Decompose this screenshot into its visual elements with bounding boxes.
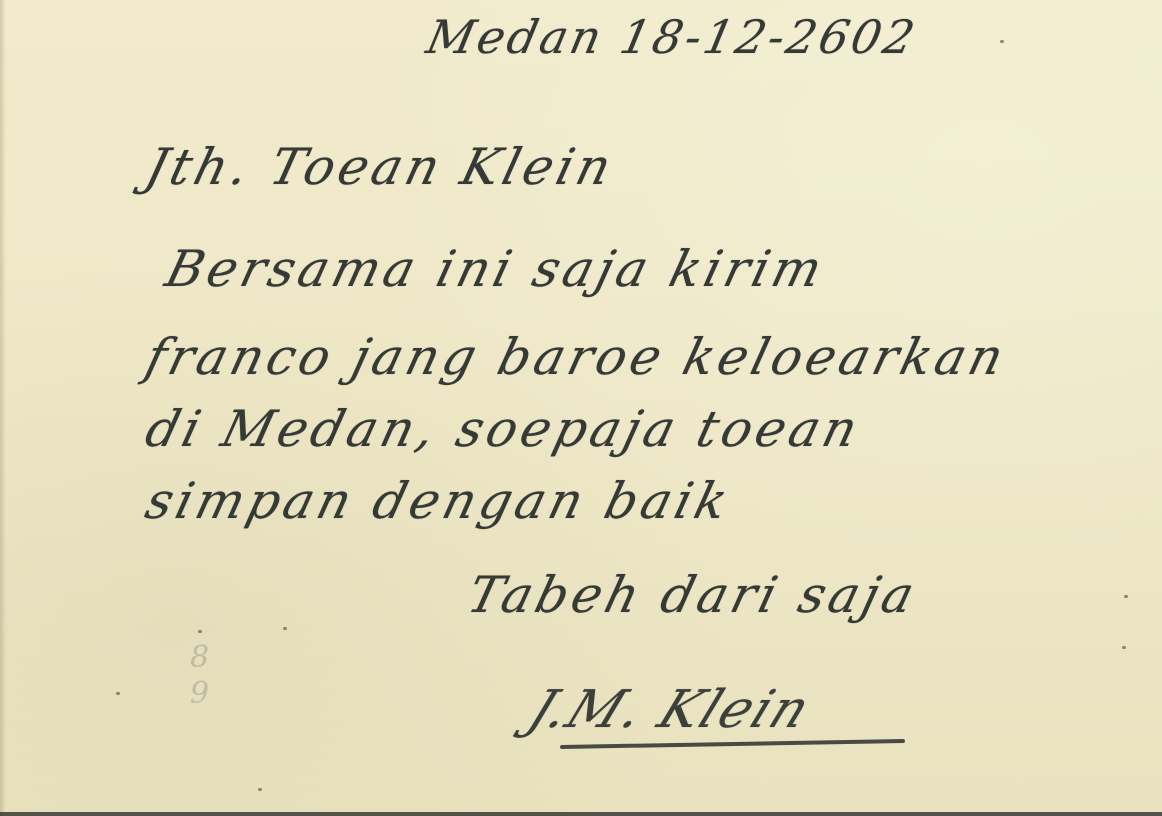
paper-speck [116, 692, 120, 695]
body-line: di Medan, soepaja toean [140, 400, 867, 458]
salutation: Jth. Toean Klein [140, 138, 621, 196]
paper-speck [198, 630, 202, 633]
paper-speck [1000, 40, 1004, 43]
closing: Tabeh dari saja [462, 566, 924, 624]
signature-underline [560, 739, 905, 749]
paper-speck [1124, 595, 1128, 598]
body-line: franco jang baroe keloearkan [140, 328, 1013, 386]
paper-speck [1122, 646, 1126, 649]
place-and-date: Medan 18-12-2602 [422, 10, 922, 64]
signature: J.M. Klein [520, 680, 820, 740]
body-line: simpan dengan baik [140, 472, 737, 530]
paper-edge [0, 0, 6, 816]
paper-speck [258, 788, 262, 791]
paper-speck [283, 627, 287, 630]
pencil-marks: 8 9 [190, 640, 209, 712]
body-line: Bersama ini saja kirim [160, 240, 832, 298]
postcard: Medan 18-12-2602 Jth. Toean Klein Bersam… [0, 0, 1162, 816]
